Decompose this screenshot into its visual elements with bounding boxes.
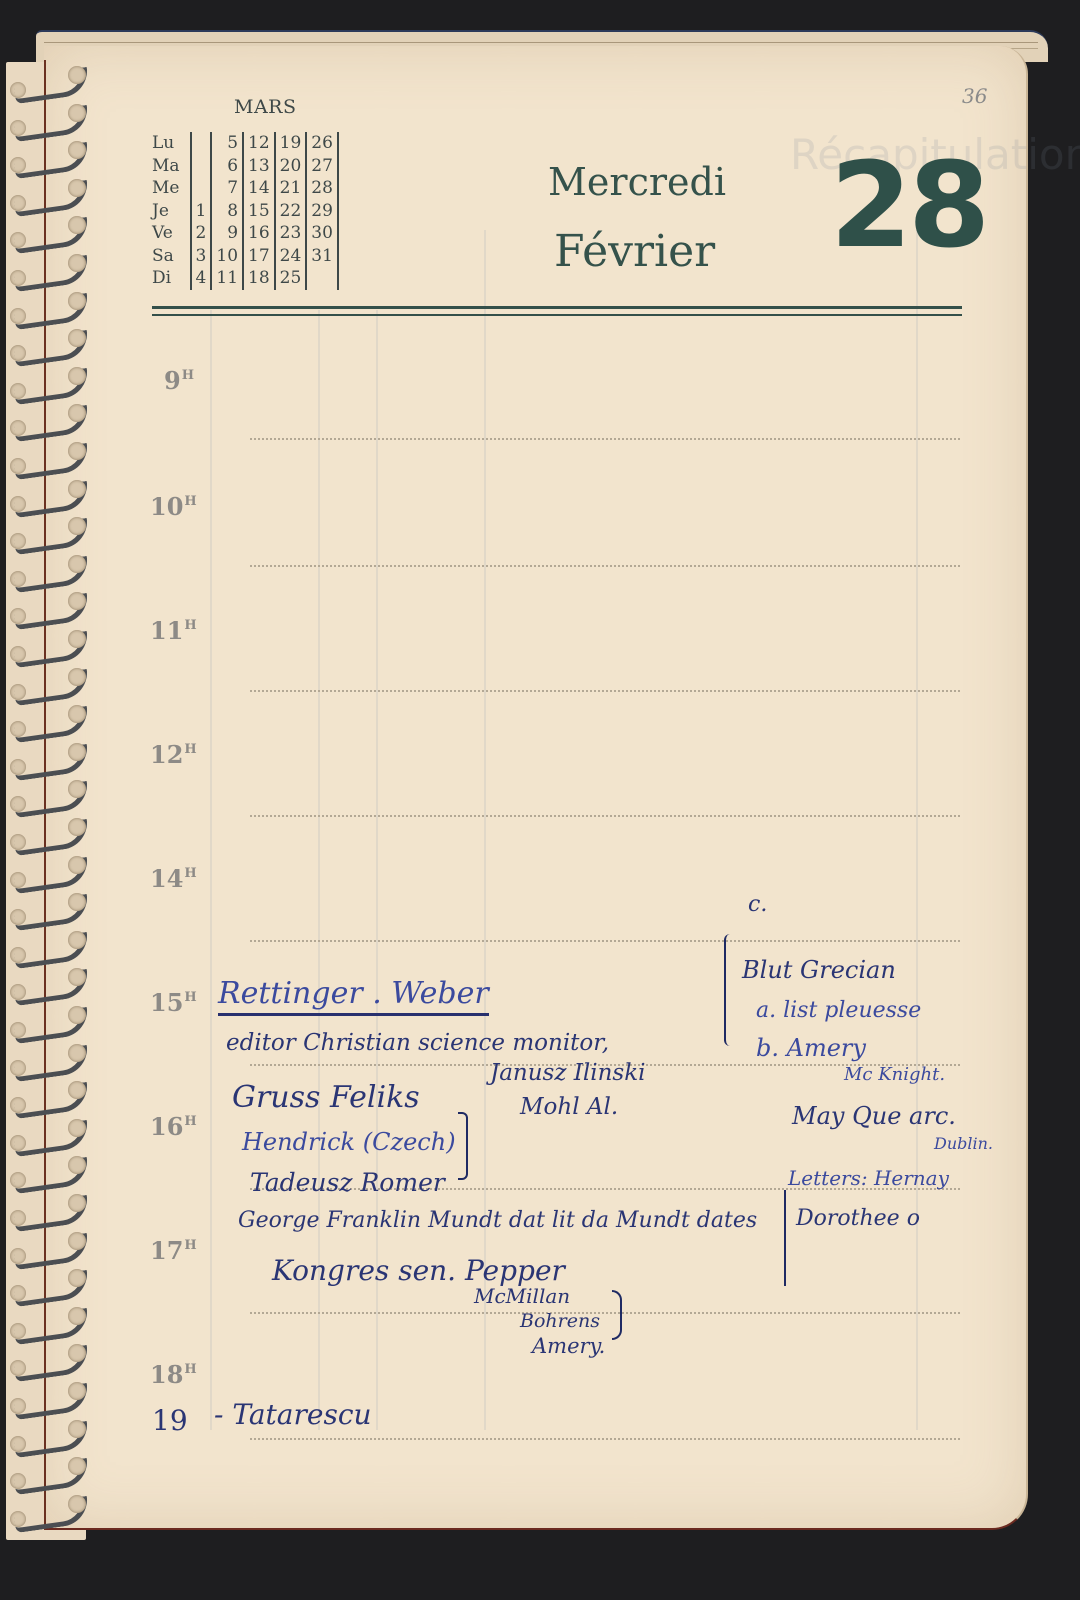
header-rule (152, 306, 962, 309)
handwritten-note: editor Christian science monitor, (226, 1030, 609, 1056)
hour-number: 14 (150, 864, 183, 893)
hour-label: 17H (150, 1236, 197, 1265)
spiral-ring (8, 1200, 88, 1224)
calendar-border (338, 177, 339, 200)
handwritten-note: a. list pleuesse (756, 998, 921, 1023)
spiral-ring (8, 786, 88, 810)
calendar-date: 20 (275, 155, 307, 178)
hour-suffix: H (184, 494, 196, 509)
mini-calendar-row: Ma6132027 (152, 155, 339, 178)
spiral-ring (8, 147, 88, 171)
calendar-border (338, 222, 339, 245)
calendar-date: 27 (306, 155, 338, 178)
hour-label: 16H (150, 1112, 197, 1141)
spiral-ring (8, 222, 88, 246)
hour-label: 15H (150, 988, 197, 1017)
writing-line (250, 565, 960, 567)
writing-line (250, 438, 960, 440)
spiral-ring (8, 899, 88, 923)
calendar-date: 7 (211, 177, 243, 200)
mini-calendar-row: Me7142128 (152, 177, 339, 200)
spiral-ring (8, 862, 88, 886)
calendar-date: 29 (306, 200, 338, 223)
handwritten-note: George Franklin Mundt dat lit da Mundt d… (238, 1208, 757, 1233)
spiral-ring (8, 335, 88, 359)
handwritten-note: Mc Knight. (844, 1064, 945, 1085)
hour-suffix: H (184, 990, 196, 1005)
handwritten-note: May Que arc. (792, 1102, 956, 1130)
spiral-ring (8, 1501, 88, 1525)
hour-suffix: H (182, 368, 194, 383)
calendar-date: 21 (275, 177, 307, 200)
spiral-ring (8, 674, 88, 698)
calendar-date: 26 (306, 132, 338, 155)
calendar-date (306, 267, 338, 290)
header-rule (152, 314, 962, 316)
spiral-ring (8, 1012, 88, 1036)
calendar-date: 4 (191, 267, 212, 290)
spiral-ring (8, 1125, 88, 1149)
calendar-border (338, 245, 339, 268)
weekday-abbrev: Ve (152, 222, 191, 245)
handwritten-note: Rettinger . Weber (218, 976, 489, 1016)
writing-line (250, 815, 960, 817)
spiral-ring (8, 298, 88, 322)
calendar-date (191, 132, 212, 155)
spiral-ring (8, 72, 88, 96)
calendar-date: 16 (243, 222, 275, 245)
spiral-ring (8, 448, 88, 472)
spiral-ring (8, 1238, 88, 1262)
calendar-date: 17 (243, 245, 275, 268)
spiral-ring (8, 185, 88, 209)
calendar-border (338, 200, 339, 223)
calendar-border (338, 267, 339, 290)
hour-suffix: H (184, 742, 196, 757)
spiral-ring (8, 1162, 88, 1186)
calendar-date (191, 177, 212, 200)
hour-number: 18 (150, 1360, 183, 1389)
hour-suffix: H (184, 1238, 196, 1253)
hour-label: 11H (150, 616, 197, 645)
calendar-date: 13 (243, 155, 275, 178)
writing-line (250, 1312, 960, 1314)
calendar-border (338, 155, 339, 178)
spiral-ring (8, 749, 88, 773)
handwritten-note: Tadeusz Romer (250, 1168, 445, 1197)
hour-number: 16 (150, 1112, 183, 1141)
handwritten-note: Bohrens (520, 1310, 600, 1332)
day-number: 28 (830, 146, 986, 264)
calendar-border (338, 132, 339, 155)
hour-number: 10 (150, 492, 183, 521)
mini-calendar-row: Ve29162330 (152, 222, 339, 245)
handwritten-note: Hendrick (Czech) (242, 1128, 456, 1156)
spiral-ring (8, 1350, 88, 1374)
hour-number: 9 (164, 366, 181, 395)
bleed-through-column (484, 230, 486, 1430)
calendar-date: 10 (211, 245, 243, 268)
bleed-through-column (916, 230, 918, 1430)
mini-calendar-month: MARS (234, 96, 297, 118)
hour-label: 10H (150, 492, 197, 521)
mini-calendar-row: Lu5121926 (152, 132, 339, 155)
calendar-date: 2 (191, 222, 212, 245)
hour-number: 15 (150, 988, 183, 1017)
calendar-date: 5 (211, 132, 243, 155)
calendar-date: 1 (191, 200, 212, 223)
spiral-ring (8, 711, 88, 735)
hour-suffix: H (184, 866, 196, 881)
spiral-ring (8, 410, 88, 434)
hour-label: 14H (150, 864, 197, 893)
handwritten-note: - Tatarescu (214, 1398, 372, 1431)
spiral-binding (0, 60, 100, 1540)
spiral-ring (8, 824, 88, 848)
spiral-ring (8, 110, 88, 134)
calendar-date: 8 (211, 200, 243, 223)
handwritten-note: b. Amery (756, 1034, 866, 1062)
handwritten-note: Kongres sen. Pepper (272, 1254, 565, 1287)
spiral-ring (8, 1050, 88, 1074)
calendar-date: 14 (243, 177, 275, 200)
calendar-date: 22 (275, 200, 307, 223)
spiral-ring (8, 373, 88, 397)
weekday-abbrev: Sa (152, 245, 191, 268)
spiral-ring (8, 486, 88, 510)
writing-line (250, 690, 960, 692)
weekday-abbrev: Lu (152, 132, 191, 155)
hour-suffix: H (184, 1362, 196, 1377)
spiral-ring (8, 636, 88, 660)
mini-calendar-row: Sa310172431 (152, 245, 339, 268)
hour-number: 11 (150, 616, 183, 645)
hour-number: 12 (150, 740, 183, 769)
handwritten-hour: 19 (152, 1404, 188, 1437)
calendar-date: 6 (211, 155, 243, 178)
calendar-date: 24 (275, 245, 307, 268)
calendar-date: 9 (211, 222, 243, 245)
calendar-date: 31 (306, 245, 338, 268)
writing-line (250, 1438, 960, 1440)
weekday-label: Mercredi (548, 160, 726, 204)
weekday-abbrev: Di (152, 267, 191, 290)
page-number: 36 (962, 84, 987, 108)
hour-label: 9H (164, 366, 194, 395)
handwritten-note: c. (748, 892, 767, 917)
spiral-ring (8, 1313, 88, 1337)
spiral-ring (8, 523, 88, 547)
hour-label: 18H (150, 1360, 197, 1389)
weekday-abbrev: Me (152, 177, 191, 200)
handwritten-bracket (724, 934, 732, 1046)
calendar-date: 30 (306, 222, 338, 245)
spiral-ring (8, 260, 88, 284)
calendar-date: 25 (275, 267, 307, 290)
handwritten-brace (612, 1290, 622, 1340)
handwritten-divider (784, 1190, 786, 1286)
spiral-ring (8, 974, 88, 998)
spiral-ring (8, 1426, 88, 1450)
handwritten-note: Janusz Ilinski (490, 1060, 646, 1086)
spiral-ring (8, 598, 88, 622)
spiral-ring (8, 1463, 88, 1487)
bleed-through-column (210, 310, 212, 1430)
weekday-abbrev: Ma (152, 155, 191, 178)
hour-suffix: H (184, 618, 196, 633)
handwritten-note: Blut Grecian (742, 956, 896, 984)
mini-calendar-grid: Lu5121926Ma6132027Me7142128Je18152229Ve2… (152, 132, 339, 290)
handwritten-bracket (458, 1112, 468, 1180)
handwritten-note: McMillan (474, 1284, 570, 1308)
calendar-date: 11 (211, 267, 243, 290)
calendar-date: 23 (275, 222, 307, 245)
hour-number: 17 (150, 1236, 183, 1265)
handwritten-note: Gruss Feliks (232, 1080, 420, 1115)
handwritten-note: Amery. (532, 1334, 605, 1358)
handwritten-note: Letters: Hernay (788, 1166, 949, 1190)
calendar-date: 18 (243, 267, 275, 290)
weekday-abbrev: Je (152, 200, 191, 223)
handwritten-note: Dorothee o (796, 1206, 920, 1231)
calendar-date: 28 (306, 177, 338, 200)
mini-calendar-row: Di4111825 (152, 267, 339, 290)
writing-line (250, 940, 960, 942)
spiral-ring (8, 937, 88, 961)
handwritten-note: Mohl Al. (520, 1094, 618, 1120)
hour-label: 12H (150, 740, 197, 769)
spiral-ring (8, 1087, 88, 1111)
handwritten-note: Dublin. (934, 1134, 993, 1153)
spiral-ring (8, 561, 88, 585)
hour-suffix: H (184, 1114, 196, 1129)
spiral-ring (8, 1388, 88, 1412)
calendar-date: 12 (243, 132, 275, 155)
month-label: Février (554, 226, 715, 277)
calendar-date: 15 (243, 200, 275, 223)
spiral-ring (8, 1275, 88, 1299)
mini-calendar-row: Je18152229 (152, 200, 339, 223)
calendar-date: 3 (191, 245, 212, 268)
calendar-date (191, 155, 212, 178)
calendar-date: 19 (275, 132, 307, 155)
